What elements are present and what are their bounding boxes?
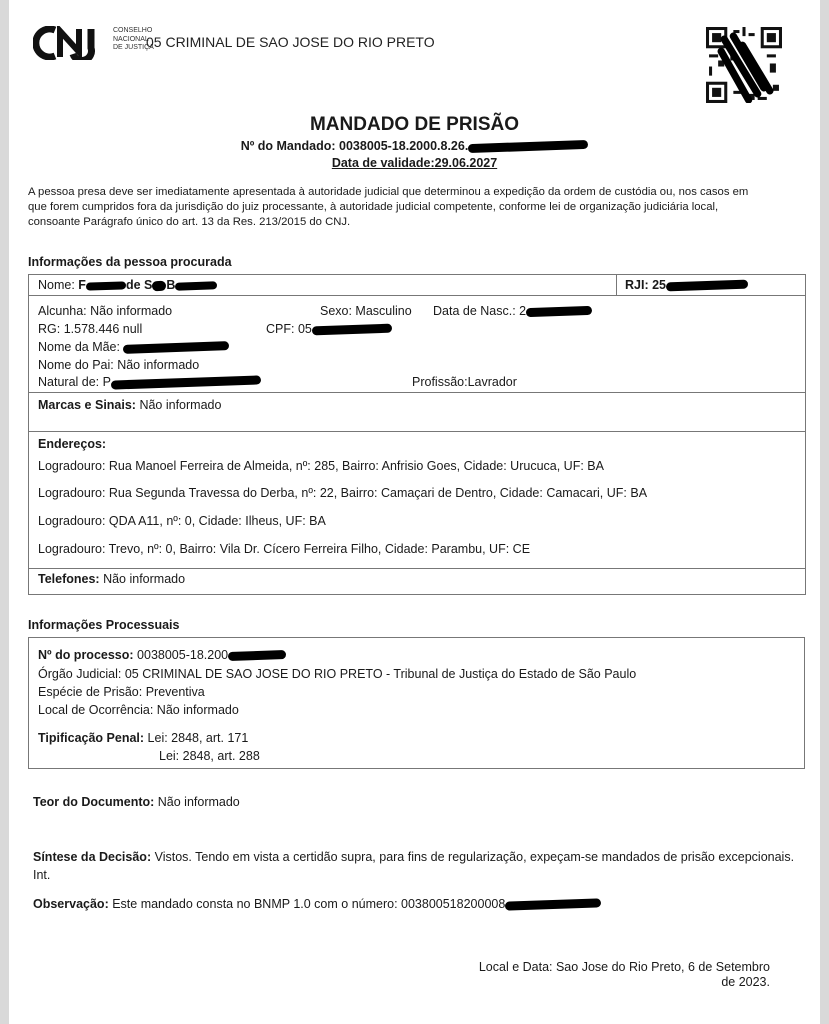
phones-label: Telefones: bbox=[38, 572, 100, 586]
redacted-block bbox=[505, 899, 601, 911]
mother-label: Nome da Mãe: bbox=[38, 340, 123, 354]
place-and-date: Local e Data: Sao Jose do Rio Preto, 6 d… bbox=[429, 960, 770, 990]
decision-label: Síntese da Decisão: bbox=[33, 850, 151, 864]
name-label: Nome: bbox=[38, 278, 78, 292]
birthdate-field: Data de Nasc.: 2 bbox=[433, 304, 592, 318]
process-number-field: Nº do processo: 0038005-18.200 bbox=[38, 648, 286, 662]
penal-typification-item: Lei: 2848, art. 288 bbox=[159, 749, 260, 763]
marks-field: Marcas e Sinais: Não informado bbox=[38, 398, 221, 412]
process-number-value: 0038005-18.200 bbox=[134, 648, 229, 662]
phones-field: Telefones: Não informado bbox=[38, 572, 185, 586]
document-content-field: Teor do Documento: Não informado bbox=[33, 795, 240, 809]
validity-date: Data de validade:29.06.2027 bbox=[9, 156, 820, 170]
prison-type-field: Espécie de Prisão: Preventiva bbox=[38, 685, 205, 699]
intro-paragraph: A pessoa presa deve ser imediatamente ap… bbox=[28, 185, 768, 230]
divider bbox=[29, 568, 805, 569]
process-info-box: Nº do processo: 0038005-18.200 Órgão Jud… bbox=[28, 637, 805, 769]
cpf-label: CPF: 05 bbox=[266, 322, 312, 336]
birthplace-field: Natural de: P bbox=[38, 375, 261, 389]
redacted-block bbox=[123, 341, 229, 354]
address-item: Logradouro: QDA A11, nº: 0, Cidade: Ilhe… bbox=[38, 514, 326, 528]
observation-field: Observação: Este mandado consta no BNMP … bbox=[33, 897, 601, 911]
birthdate-label: Data de Nasc.: 2 bbox=[433, 304, 526, 318]
rji-value: 25 bbox=[652, 278, 666, 292]
sex-field: Sexo: Masculino bbox=[320, 304, 412, 318]
address-item: Logradouro: Trevo, nº: 0, Bairro: Vila D… bbox=[38, 542, 530, 556]
place-date-line: Local e Data: Sao Jose do Rio Preto, 6 d… bbox=[429, 960, 770, 975]
marks-label: Marcas e Sinais: bbox=[38, 398, 136, 412]
person-section-title: Informações da pessoa procurada bbox=[28, 255, 232, 269]
process-section-title: Informações Processuais bbox=[28, 618, 179, 632]
redacted-block bbox=[468, 140, 588, 153]
decision-summary: Síntese da Decisão: Vistos. Tendo em vis… bbox=[33, 848, 803, 884]
profession-field: Profissão:Lavrador bbox=[412, 375, 517, 389]
content-value: Não informado bbox=[154, 795, 239, 809]
name-value: F bbox=[78, 278, 86, 292]
cnj-logo-icon bbox=[33, 26, 103, 60]
addresses-label-text: Endereços: bbox=[38, 437, 106, 451]
observation-label: Observação: bbox=[33, 897, 109, 911]
penal-typification-field: Tipificação Penal: Lei: 2848, art. 171 bbox=[38, 731, 248, 745]
qr-code-icon bbox=[706, 27, 782, 103]
redacted-block bbox=[526, 306, 592, 317]
redacted-block bbox=[666, 280, 748, 292]
mandado-number: Nº do Mandado: 0038005-18.2000.8.26. bbox=[9, 139, 820, 153]
address-item: Logradouro: Rua Manoel Ferreira de Almei… bbox=[38, 459, 604, 473]
rji-field: RJI: 25 bbox=[625, 278, 748, 292]
document-page: CONSELHO NACIONAL DE JUSTIÇA 05 CRIMINAL… bbox=[9, 0, 820, 1024]
document-title: MANDADO DE PRISÃO bbox=[9, 114, 820, 136]
divider bbox=[29, 295, 805, 296]
process-number-label: Nº do processo: bbox=[38, 648, 134, 662]
judicial-organ-field: Órgão Judicial: 05 CRIMINAL DE SAO JOSE … bbox=[38, 667, 636, 681]
phones-value: Não informado bbox=[100, 572, 185, 586]
mother-field: Nome da Mãe: bbox=[38, 340, 229, 354]
father-field: Nome do Pai: Não informado bbox=[38, 358, 199, 372]
name-field: Nome: Fde SB bbox=[38, 278, 217, 292]
name-value-partial: de S bbox=[126, 278, 152, 292]
alias-field: Alcunha: Não informado bbox=[38, 304, 172, 318]
redacted-block bbox=[175, 281, 217, 290]
content-label: Teor do Documento: bbox=[33, 795, 154, 809]
observation-value: Este mandado consta no BNMP 1.0 com o nú… bbox=[109, 897, 506, 911]
redacted-block bbox=[228, 650, 286, 661]
addresses-label: Endereços: bbox=[38, 437, 106, 451]
divider bbox=[616, 275, 617, 295]
redacted-block bbox=[152, 280, 166, 290]
cpf-field: CPF: 05 bbox=[266, 322, 392, 336]
redacted-block bbox=[312, 324, 392, 336]
divider bbox=[29, 392, 805, 393]
redacted-block bbox=[111, 376, 261, 390]
person-info-box: Nome: Fde SB RJI: 25 Alcunha: Não inform… bbox=[28, 274, 806, 595]
divider bbox=[29, 431, 805, 432]
penal-typification-label: Tipificação Penal: bbox=[38, 731, 144, 745]
court-name: 05 CRIMINAL DE SAO JOSE DO RIO PRETO bbox=[146, 34, 435, 50]
marks-value: Não informado bbox=[136, 398, 221, 412]
rg-field: RG: 1.578.446 null bbox=[38, 322, 142, 336]
rji-label: RJI: bbox=[625, 278, 652, 292]
redacted-block bbox=[86, 281, 126, 290]
occurrence-location-field: Local de Ocorrência: Não informado bbox=[38, 703, 239, 717]
address-item: Logradouro: Rua Segunda Travessa do Derb… bbox=[38, 486, 647, 500]
birthplace-label: Natural de: P bbox=[38, 375, 111, 389]
mandado-number-text: Nº do Mandado: 0038005-18.2000.8.26. bbox=[241, 139, 469, 153]
penal-typification-item: Lei: 2848, art. 171 bbox=[144, 731, 248, 745]
place-date-line: de 2023. bbox=[429, 975, 770, 990]
